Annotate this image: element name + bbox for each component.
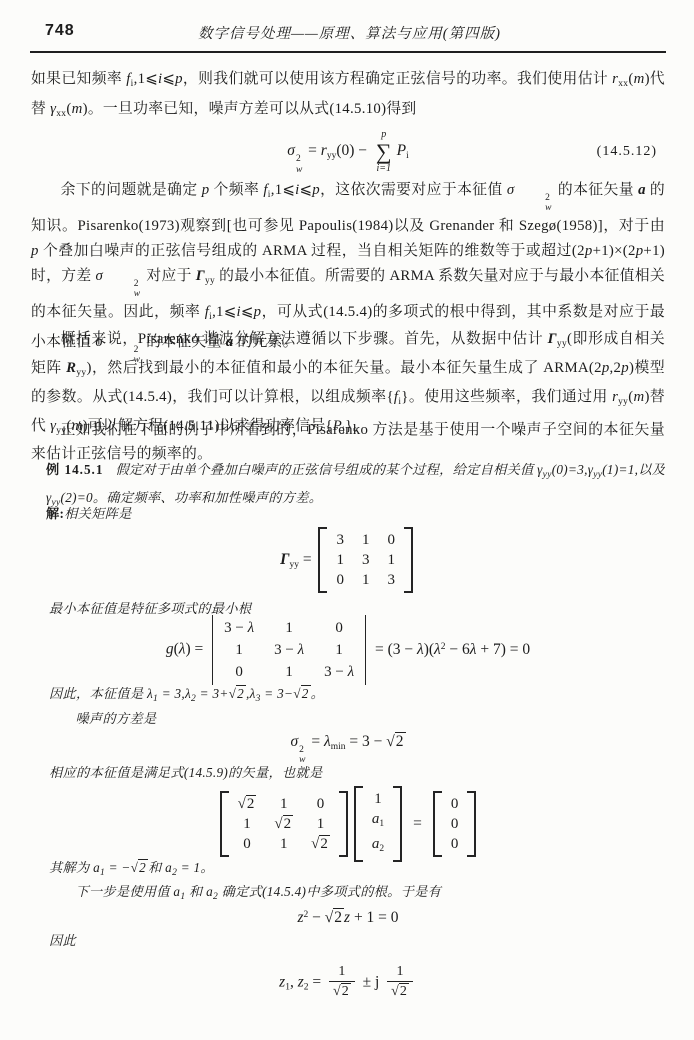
gamma-matrix-grid: 310131013: [327, 527, 404, 593]
matrix-cell: 0: [335, 619, 343, 637]
determinant-lhs: g(λ) =: [166, 641, 207, 658]
matrix-lhs: Γyy =: [280, 551, 315, 568]
determinant-grid: 3 − λ1013 − λ1013 − λ: [215, 615, 363, 685]
matrix-cell: 1: [374, 790, 382, 808]
equation-noise-variance-sum: σ2w = ryy(0) − p∑i=1Pi: [287, 129, 408, 175]
paragraph-known-frequencies: 如果已知频率 fi,1⩽i⩽p，则我们就可以使用该方程确定正弦信号的功率。我们使…: [31, 67, 665, 127]
eigenvector-line: 相应的本征值是满足式(14.5.9)的矢量，也就是: [49, 762, 665, 784]
matrix-cell: 0: [336, 571, 344, 589]
equals-sign: =: [413, 815, 422, 832]
equation-roots: z1, z2 = 1√2 ± j 1√2: [31, 955, 665, 1009]
left-bracket: [433, 791, 442, 857]
thus-line: 因此: [49, 930, 665, 952]
matrix-cell: 3 − λ: [274, 641, 304, 659]
zero-vector-grid: 000: [442, 791, 468, 857]
running-title: 数字信号处理——原理、算法与应用(第四版): [45, 22, 654, 43]
example-statement: 假定对于由单个叠加白噪声的正弦信号组成的某个过程，给定自相关值 γyy(0)=3…: [46, 462, 665, 505]
matrix-cell: 1: [285, 619, 293, 637]
matrix-cell: 1: [243, 815, 251, 833]
example-number: 例 14.5.1: [46, 462, 103, 477]
right-bracket: [467, 791, 476, 857]
equation-14-5-12: σ2w = ryy(0) − p∑i=1Pi (14.5.12): [31, 126, 665, 178]
matrix-cell: a2: [372, 835, 384, 858]
matrix-cell: 0: [451, 795, 459, 813]
noise-variance-line: 噪声的方差是: [49, 708, 665, 730]
matrix-cell: 1: [235, 641, 243, 659]
roots-equation: z1, z2 = 1√2 ± j 1√2: [279, 964, 417, 1002]
determinant-matrix: 3 − λ1013 − λ1013 − λ: [210, 615, 368, 685]
textbook-page: 748 数字信号处理——原理、算法与应用(第四版) 如果已知频率 fi,1⩽i⩽…: [0, 0, 694, 1040]
matrix-cell: 1: [362, 531, 370, 549]
matrix-cell: 0: [451, 815, 459, 833]
z-polynomial: z2 − √2z + 1 = 0: [297, 909, 398, 927]
header-rule: [30, 51, 666, 53]
matrix-cell: 1: [387, 551, 395, 569]
next-step-line: 下一步是使用值 a1 和 a2 确定式(14.5.4)中多项式的根。于是有: [49, 881, 665, 909]
unknown-vector-grid: 1a1a2: [363, 786, 393, 862]
equation-eigenvector-system: √2101√2101√21a1a2=000: [31, 786, 665, 854]
left-bar: [212, 615, 213, 685]
gamma-matrix: 310131013: [318, 527, 413, 593]
matrix-cell: 1: [280, 835, 288, 853]
matrix-cell: 3: [387, 571, 395, 589]
equation-z-polynomial: z2 − √2z + 1 = 0: [31, 906, 665, 930]
matrix-cell: 0: [451, 835, 459, 853]
matrix-cell: 0: [387, 531, 395, 549]
solution-intro: 相关矩阵是: [64, 506, 131, 521]
matrix-cell: 3 − λ: [224, 619, 254, 637]
matrix-cell: 1: [317, 815, 325, 833]
matrix-cell: 1: [335, 641, 343, 659]
equation-number: (14.5.12): [597, 126, 657, 178]
sigma-equation: σ2w = λmin = 3 − √2: [291, 733, 406, 766]
right-bar: [365, 615, 366, 685]
right-bracket: [339, 791, 348, 857]
left-bracket: [318, 527, 327, 593]
right-bracket: [404, 527, 413, 593]
right-bracket: [393, 786, 402, 862]
system-matrix-grid: √2101√2101√2: [229, 791, 339, 857]
equation-correlation-matrix: Γyy = 310131013: [31, 527, 665, 591]
matrix-cell: √2: [311, 835, 330, 853]
equation-noise-variance-value: σ2w = λmin = 3 − √2: [31, 733, 665, 757]
system-matrix: √2101√2101√2: [220, 791, 348, 857]
matrix-cell: 1: [280, 795, 288, 813]
matrix-cell: 1: [285, 663, 293, 681]
solution-label: 解:: [46, 506, 64, 521]
left-bracket: [354, 786, 363, 862]
matrix-cell: 3: [336, 531, 344, 549]
equation-characteristic-polynomial: g(λ) = 3 − λ1013 − λ1013 − λ = (3 − λ)(λ…: [31, 615, 665, 681]
unknown-vector: 1a1a2: [354, 786, 402, 862]
matrix-cell: 3: [362, 551, 370, 569]
matrix-cell: 1: [362, 571, 370, 589]
determinant-rhs: = (3 − λ)(λ2 − 6λ + 7) = 0: [371, 641, 530, 658]
matrix-cell: 0: [317, 795, 325, 813]
left-bracket: [220, 791, 229, 857]
system-equation: √2101√2101√21a1a2=000: [217, 786, 480, 862]
matrix-cell: √2: [238, 795, 257, 813]
zero-vector: 000: [433, 791, 477, 857]
page-header: 748 数字信号处理——原理、算法与应用(第四版): [45, 22, 654, 44]
eigenvalues-line: 因此，本征值是 λ1 = 3,λ2 = 3+√2,λ3 = 3−√2。: [49, 683, 665, 711]
matrix-cell: √2: [274, 815, 293, 833]
matrix-cell: 0: [235, 663, 243, 681]
correlation-matrix-equation: Γyy = 310131013: [280, 527, 416, 593]
matrix-cell: 0: [243, 835, 251, 853]
solution-line: 解:相关矩阵是: [46, 503, 662, 525]
determinant-equation: g(λ) = 3 − λ1013 − λ1013 − λ = (3 − λ)(λ…: [166, 615, 530, 685]
matrix-cell: 1: [336, 551, 344, 569]
matrix-cell: 3 − λ: [324, 663, 354, 681]
matrix-cell: a1: [372, 810, 384, 833]
